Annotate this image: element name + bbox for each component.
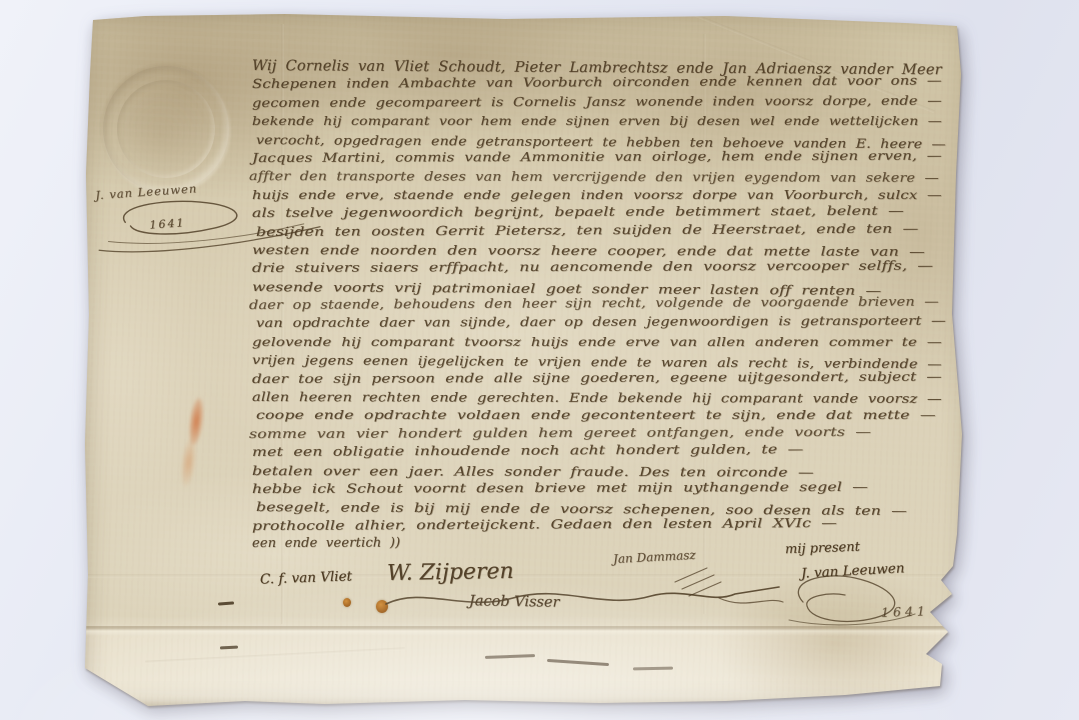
manuscript-body: Wij Cornelis van Vliet Schoudt, Pieter L… (252, 58, 952, 555)
text-line: prothocolle alhier, onderteijckent. Geda… (252, 514, 952, 536)
parchment-document: J. van Leeuwen 1641 Wij Cornelis van Vli… (85, 14, 967, 706)
text-line: van opdrachte daer van sijnde, daer op d… (256, 313, 952, 334)
signature-schepen2: Jacob Visser (469, 593, 560, 611)
signature-schepen-flourish: W. Zijperen (387, 559, 514, 586)
seal-tag-slit-upper (218, 601, 234, 605)
fold-slit-2 (547, 659, 609, 666)
text-line: besijden ten oosten Gerrit Pietersz, ten… (256, 220, 952, 242)
red-ochre-stain (171, 386, 217, 493)
text-line: bekende hij comparant voor hem ende sijn… (252, 113, 952, 131)
margin-note-year: 1641 (149, 216, 186, 231)
signature-secretary: J. van Leeuwen (801, 560, 905, 581)
horizontal-fold-crease (85, 626, 967, 636)
bottom-right-year: 1641 (881, 603, 929, 620)
seal-tag-slit-lower (220, 646, 238, 650)
photo-backdrop: J. van Leeuwen 1641 Wij Cornelis van Vli… (0, 0, 1079, 720)
parchment-wrapper: J. van Leeuwen 1641 Wij Cornelis van Vli… (85, 14, 967, 706)
witness-hatch-icon (673, 562, 733, 602)
text-line: allen heeren rechten ende gerechten. End… (252, 389, 952, 409)
fold-slit-1 (485, 654, 535, 659)
fold-slit-3 (633, 667, 673, 671)
text-line: Jacques Martini, commis vande Ammonitie … (252, 148, 952, 169)
wax-drop-large (376, 600, 388, 613)
signature-witness: Jan Dammasz (613, 548, 696, 566)
text-line: drie stuivers siaers erffpacht, nu aenco… (252, 258, 952, 279)
embossed-seal (103, 66, 229, 192)
text-line: hebbe ick Schout voornt desen brieve met… (252, 479, 952, 500)
signature-schout: C. f. van Vliet (260, 568, 353, 587)
text-line: daer toe sijn persoon ende alle sijne go… (252, 368, 952, 389)
mij-present-note: mij present (785, 540, 860, 558)
text-line: met een obligatie inhoudende noch acht h… (252, 441, 952, 463)
wax-drop-small (343, 598, 351, 607)
diagonal-wrinkle-bottom-left (145, 647, 405, 664)
text-line: gelovende hij comparant tvoorsz huijs en… (252, 334, 952, 352)
text-line: affter den transporte deses van hem verc… (249, 168, 952, 188)
text-line: Schepenen inden Ambachte van Voorburch o… (252, 73, 952, 95)
text-line: gecomen ende gecompareert is Cornelis Ja… (252, 92, 952, 113)
